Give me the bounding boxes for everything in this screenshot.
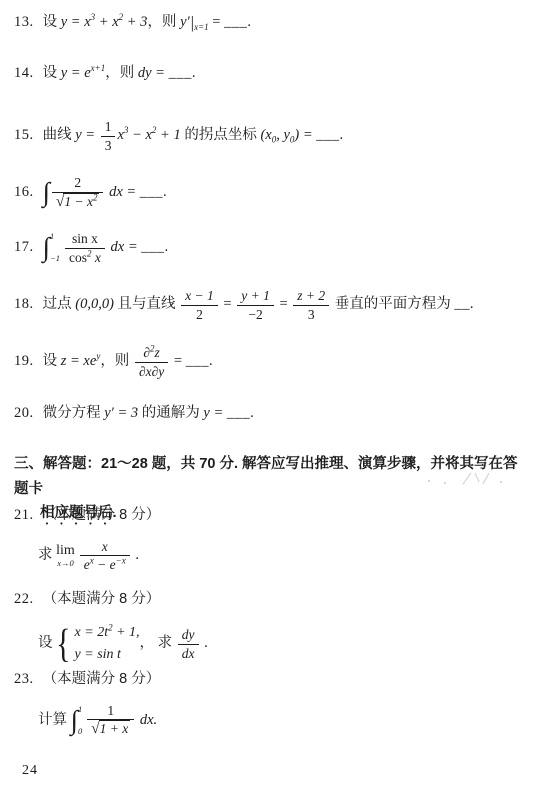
integral-sign: ∫ (71, 709, 78, 732)
exam-page: 13.设 y = x3 + x2 + 3，则 y′|x=1 = ___. 14.… (0, 0, 540, 800)
question-number: 23. (14, 670, 34, 689)
formula: y′ (180, 14, 190, 30)
denominator: 3 (101, 137, 116, 154)
line-text: + 1, (113, 625, 140, 640)
question-22: 22.（本题满分 8 分） 设 {x = 2t2 + 1,y = sin t， … (14, 590, 532, 665)
question-17: 17.∫1−1sin xcos2 x dx = ___. (14, 230, 532, 265)
denominator: cos2 x (65, 249, 105, 266)
question-text: 的拐点坐标 (181, 127, 261, 143)
formula: dx = (107, 239, 141, 255)
formula: + 1 (156, 127, 180, 143)
section-number: 三、 (14, 456, 43, 472)
answer-blank: ___. (316, 127, 343, 143)
fraction: 13 (101, 118, 116, 153)
integral-sign: ∫ (43, 181, 50, 204)
denominator: ex − e−x (80, 556, 130, 573)
question-13: 13.设 y = x3 + x2 + 3，则 y′|x=1 = ___. (14, 12, 532, 34)
formula-line: 设 {x = 2t2 + 1,y = sin t， 求 dydx . (38, 622, 532, 665)
question-number: 16. (14, 183, 34, 202)
answer-blank: ___. (186, 353, 213, 369)
question-18: 18.过点 (0,0,0) 且与直线 x − 12 = y + 1−2 = z … (14, 287, 532, 322)
fraction: xex − e−x (80, 538, 130, 573)
denominator: √1 − x2 (52, 193, 103, 211)
limit-subscript: x→0 (57, 559, 74, 568)
question-number: 18. (14, 295, 34, 314)
question-19: 19.设 z = xey，则 ∂2z∂x∂y = ___. (14, 344, 532, 379)
period: . (132, 547, 139, 563)
question-text: 且与直线 (114, 296, 179, 312)
answer-blank: ___. (224, 14, 251, 30)
denominator-text: x (92, 250, 101, 265)
formula-line: 计算 ∫101√1 + x dx. (38, 702, 532, 739)
denominator: 3 (293, 306, 329, 323)
question-text: 设 (43, 65, 61, 81)
question-number: 17. (14, 238, 34, 257)
formula-line: 求 limx→0xex − e−x . (38, 538, 532, 573)
square-root: √1 + x (91, 721, 130, 736)
fraction: ∂2z∂x∂y (135, 344, 168, 379)
answer-blank: ___. (140, 184, 167, 200)
fraction: z + 23 (293, 287, 329, 322)
question-20: 20.微分方程 y′ = 3 的通解为 y = ___. (14, 404, 532, 423)
section-title-line1: 解答题：21～28 题，共 70 分. 解答应写出推理、演算步骤，并将其写在答题… (14, 456, 518, 497)
exponent: x+1 (91, 63, 106, 73)
period: . (201, 635, 208, 651)
question-text: ， 求 (140, 635, 176, 651)
numerator: ∂2z (135, 344, 168, 363)
formula: y = (75, 127, 98, 143)
answer-blank: ___. (169, 65, 196, 81)
denominator-text: cos (69, 250, 87, 265)
numerator: dy (178, 626, 199, 645)
points-note: （本题满分 8 分） (43, 591, 161, 607)
question-text: 设 (43, 353, 61, 369)
equals: = (276, 296, 291, 312)
integral-limits: 10 (78, 704, 82, 737)
question-text: 曲线 (43, 127, 76, 143)
question-text: 过点 (43, 296, 76, 312)
task-verb: 求 (38, 547, 56, 563)
question-14: 14.设 y = ex+1，则 dy = ___. (14, 64, 532, 83)
question-number: 19. (14, 352, 34, 371)
numerator-text: z (155, 345, 160, 360)
limit: limx→0 (56, 544, 75, 568)
question-number: 22. (14, 590, 34, 609)
limit-operator: lim (56, 544, 75, 558)
lower-limit: −1 (50, 253, 60, 264)
formula: ) = (294, 127, 316, 143)
formula: + 3 (123, 14, 147, 30)
system-line-1: x = 2t2 + 1, (75, 622, 140, 644)
question-number: 14. (14, 64, 34, 83)
question-text: 垂直的平面方程为 (331, 296, 454, 312)
formula: , y (276, 127, 290, 143)
numerator: 1 (101, 118, 116, 137)
upper-limit: 1 (78, 704, 82, 715)
radicand: 1 + x (99, 720, 131, 736)
numerator: 2 (52, 174, 103, 193)
formula: y = (203, 405, 226, 421)
task-verb: 设 (38, 635, 56, 651)
formula: y′ = 3 (104, 405, 138, 421)
numerator: z + 2 (293, 287, 329, 306)
radicand: 1 − x2 (63, 193, 99, 209)
equals: = (170, 353, 185, 369)
exponent: −x (116, 556, 126, 566)
formula: (x (260, 127, 271, 143)
formula: − x (128, 127, 151, 143)
formula: dy = (138, 65, 169, 81)
numerator: x (80, 538, 130, 557)
integral-limits: 1−1 (50, 231, 60, 264)
exponent: 2 (93, 192, 98, 202)
equals: = (220, 296, 235, 312)
denominator: √1 + x (87, 720, 134, 738)
denominator: 2 (181, 306, 218, 323)
points-note: （本题满分 8 分） (43, 507, 161, 523)
denominator: −2 (237, 306, 274, 323)
answer-blank: __. (454, 296, 474, 312)
denominator-text: − e (94, 557, 116, 572)
denominator: dx (178, 645, 199, 662)
question-16: 16.∫2√1 − x2 dx = ___. (14, 174, 532, 211)
question-number: 20. (14, 404, 34, 423)
answer-blank: ___. (141, 239, 168, 255)
fraction: 2√1 − x2 (52, 174, 103, 211)
formula: (0,0,0) (75, 296, 114, 312)
fraction: sin xcos2 x (65, 230, 105, 265)
question-text: ，则 (100, 353, 133, 369)
integral: ∫10 (71, 704, 86, 737)
answer-blank: ___. (227, 405, 254, 421)
integral: ∫ (43, 181, 50, 204)
equals: = (209, 14, 224, 30)
equation-system: {x = 2t2 + 1,y = sin t (56, 622, 139, 665)
formula: y = e (61, 65, 91, 81)
question-number: 21. (14, 506, 34, 525)
question-text: ，则 (105, 65, 138, 81)
fraction: 1√1 + x (87, 702, 134, 739)
formula: z = xe (61, 353, 97, 369)
denominator: ∂x∂y (135, 363, 168, 380)
integral: ∫1−1 (43, 231, 63, 264)
question-number: 15. (14, 126, 34, 145)
question-text: 设 (43, 14, 61, 30)
formula: + x (95, 14, 118, 30)
question-text: 的通解为 (138, 405, 203, 421)
page-number: 24 (22, 763, 38, 779)
fraction: y + 1−2 (237, 287, 274, 322)
formula: dx = (105, 184, 139, 200)
question-23: 23.（本题满分 8 分） 计算 ∫101√1 + x dx. (14, 670, 532, 739)
lower-limit: 0 (78, 726, 82, 737)
numerator: x − 1 (181, 287, 218, 306)
radicand-text: 1 − x (64, 194, 93, 209)
system-lines: x = 2t2 + 1,y = sin t (75, 622, 140, 665)
system-line-2: y = sin t (75, 644, 140, 666)
numerator: 1 (87, 702, 134, 721)
differential: dx. (136, 712, 157, 728)
numerator: y + 1 (237, 287, 274, 306)
upper-limit: 1 (50, 231, 60, 242)
fraction: dydx (178, 626, 199, 661)
numerator: sin x (65, 230, 105, 249)
question-21: 21.（本题满分 8 分） 求 limx→0xex − e−x . (14, 506, 532, 573)
fraction: x − 12 (181, 287, 218, 322)
question-number: 13. (14, 13, 34, 32)
question-15: 15.曲线 y = 13x3 − x2 + 1 的拐点坐标 (x0, y0) =… (14, 118, 532, 153)
question-text: 微分方程 (43, 405, 105, 421)
question-text: ，则 (147, 14, 180, 30)
brace: { (56, 625, 70, 661)
line-text: x = 2t (75, 625, 109, 640)
task-verb: 计算 (38, 712, 71, 728)
integral-sign: ∫ (43, 236, 50, 259)
square-root: √1 − x2 (56, 194, 99, 209)
points-note: （本题满分 8 分） (43, 671, 161, 687)
formula: y = x (61, 14, 91, 30)
subscript: x=1 (194, 22, 209, 32)
